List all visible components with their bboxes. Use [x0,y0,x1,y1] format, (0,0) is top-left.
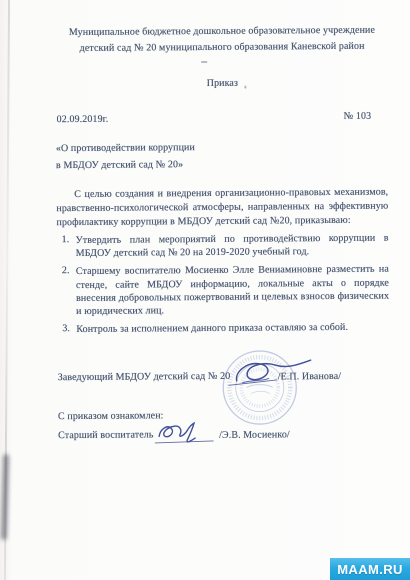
doc-type-title: Приказ [46,76,398,90]
item-number: 1. [62,234,76,261]
order-items-list: 1. Утвердить план мероприятий по противо… [62,232,390,342]
order-number: № 103 [344,111,372,122]
director-role: Заведующий МБДОУ детский сад № 20 [58,371,231,383]
scan-artifact-dot [244,86,246,89]
preamble-paragraph: С целью создания и внедрения организацио… [56,186,388,231]
org-header: Муниципальное бюджетное дошкольное образ… [46,22,398,57]
org-name-line2: детский сад № 20 муниципального образова… [46,38,398,57]
scanned-page: Муниципальное бюджетное дошкольное образ… [0,0,410,580]
scan-artifact-dash [201,61,207,63]
educator-name: /Э.В. Мосиенко/ [219,429,290,441]
order-subject: «О противодействии коррупции в МБДОУ дет… [56,139,195,174]
educator-role: Старший воспитатель [58,429,153,441]
stamp-center-mark2 [251,391,270,393]
subject-line2: в МБДОУ детский сад № 20» [56,156,195,174]
watermark-label: MAAM.RU [337,562,403,577]
order-date: 02.09.2019г. [57,114,109,125]
director-name: /Е.П. Иванова/ [278,371,342,382]
educator-signature [151,420,221,448]
signature-stroke [159,423,195,442]
item-text: Утвердить план мероприятий по противодей… [76,232,389,261]
order-document: Муниципальное бюджетное дошкольное образ… [0,0,410,580]
acknowledgement-label: С приказом ознакомлен: [58,410,164,422]
order-item-2: 2. Старшему воспитателю Мосиенко Элле Ве… [62,263,389,318]
signature-line [155,441,213,443]
item-number: 2. [62,265,76,318]
item-text: Старшему воспитателю Мосиенко Элле Вениа… [76,263,389,318]
item-number: 3. [62,323,76,336]
order-item-3: 3. Контроль за исполнением данного прика… [62,321,389,337]
maam-watermark[interactable]: MAAM.RU [330,558,410,580]
order-item-1: 1. Утвердить план мероприятий по противо… [62,232,389,261]
subject-line1: «О противодействии коррупции [56,139,195,157]
item-text: Контроль за исполнением данного приказа … [76,321,389,337]
